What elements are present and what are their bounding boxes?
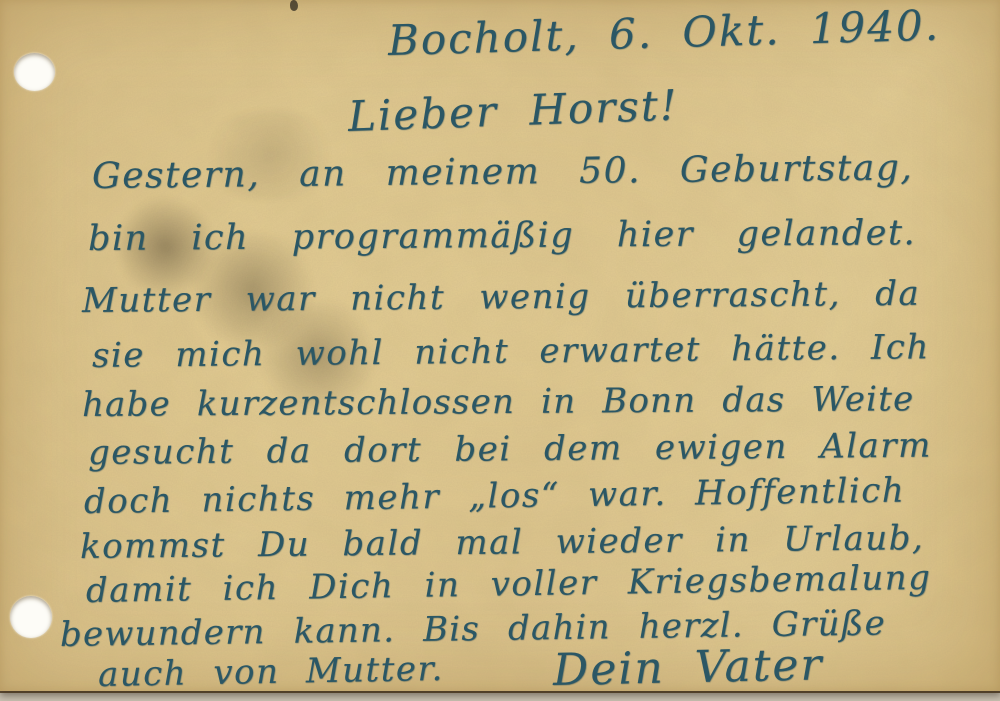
- handwritten-line: gesucht da dort bei dem ewigen Alarm: [88, 426, 932, 473]
- punch-hole-top: [14, 53, 55, 91]
- handwritten-line: Gestern, an meinem 50. Geburtstag,: [92, 147, 914, 197]
- handwritten-line: damit ich Dich in voller Kriegsbemalung: [86, 558, 932, 611]
- postcard-paper: Bocholt, 6. Okt. 1940. Lieber Horst! Ges…: [0, 0, 1000, 691]
- ink-fleck: [290, 0, 298, 11]
- dateline: Bocholt, 6. Okt. 1940.: [387, 1, 940, 65]
- handwritten-line: habe kurzentschlossen in Bonn das Weite: [82, 379, 915, 425]
- salutation: Lieber Horst!: [347, 80, 679, 141]
- handwritten-line: Mutter war nicht wenig überrascht, da: [82, 274, 920, 321]
- handwritten-line: sie mich wohl nicht erwartet hätte. Ich: [92, 327, 930, 376]
- scanned-postcard: Bocholt, 6. Okt. 1940. Lieber Horst! Ges…: [0, 0, 1000, 701]
- punch-hole-bottom: [10, 596, 52, 638]
- closing-line: auch von Mutter.: [98, 649, 444, 695]
- signature: Dein Vater: [552, 639, 823, 696]
- handwritten-line: bin ich programmäßig hier gelandet.: [88, 213, 916, 259]
- handwritten-line: doch nichts mehr „los“ war. Hoffentlich: [84, 471, 906, 522]
